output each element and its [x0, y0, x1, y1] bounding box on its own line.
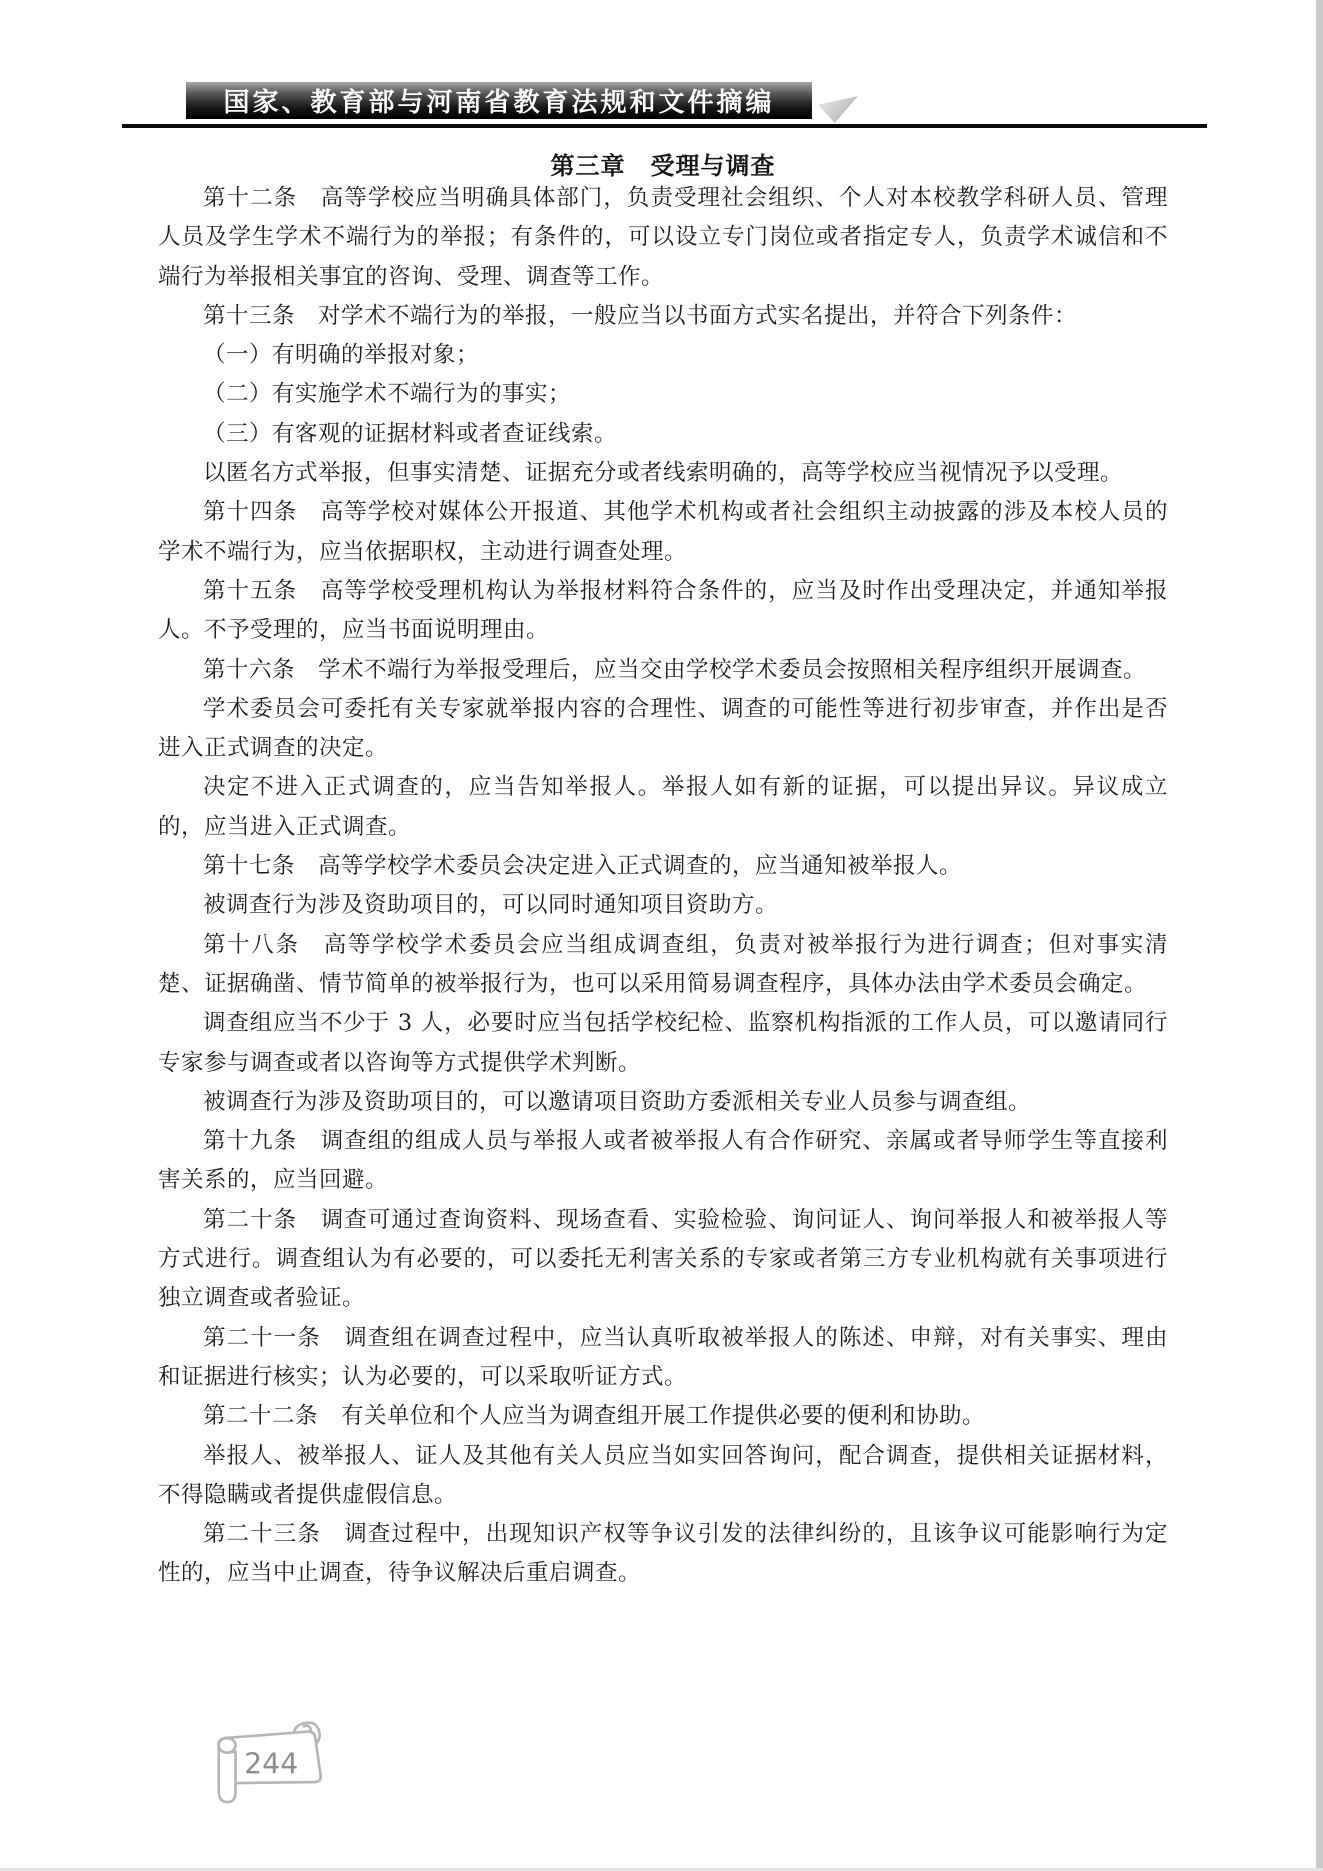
- document-page: 国家、教育部与河南省教育法规和文件摘编 第三章 受理与调查 第十二条 高等学校应…: [0, 0, 1323, 1871]
- body-text: 第十二条 高等学校应当明确具体部门，负责受理社会组织、个人对本校教学科研人员、管…: [158, 179, 1168, 1594]
- body-paragraph: 第二十条 调查可通过查询资料、现场查看、实验检验、询问证人、询问举报人和被举报人…: [158, 1201, 1168, 1319]
- body-paragraph: 被调查行为涉及资助项目的，可以邀请项目资助方委派相关专业人员参与调查组。: [158, 1083, 1168, 1122]
- body-paragraph: （三）有客观的证据材料或者查证线索。: [158, 415, 1168, 454]
- body-paragraph: 第十四条 高等学校对媒体公开报道、其他学术机构或者社会组织主动披露的涉及本校人员…: [158, 493, 1168, 572]
- body-paragraph: 第十二条 高等学校应当明确具体部门，负责受理社会组织、个人对本校教学科研人员、管…: [158, 179, 1168, 297]
- body-paragraph: 调查组应当不少于 3 人，必要时应当包括学校纪检、监察机构指派的工作人员，可以邀…: [158, 1004, 1168, 1083]
- body-paragraph: 举报人、被举报人、证人及其他有关人员应当如实回答询问，配合调查，提供相关证据材料…: [158, 1437, 1168, 1516]
- body-paragraph: 决定不进入正式调查的，应当告知举报人。举报人如有新的证据，可以提出异议。异议成立…: [158, 768, 1168, 847]
- body-paragraph: 第十五条 高等学校受理机构认为举报材料符合条件的，应当及时作出受理决定，并通知举…: [158, 572, 1168, 651]
- header-title: 国家、教育部与河南省教育法规和文件摘编: [223, 82, 774, 119]
- body-paragraph: 学术委员会可委托有关专家就举报内容的合理性、调查的可能性等进行初步审查，并作出是…: [158, 690, 1168, 769]
- page-edge-right: [1316, 0, 1323, 1871]
- chapter-title: 第三章 受理与调查: [158, 146, 1168, 181]
- body-paragraph: 第十七条 高等学校学术委员会决定进入正式调查的，应当通知被举报人。: [158, 847, 1168, 886]
- page-number-banner: 244: [204, 1710, 330, 1808]
- scroll-icon: 244: [204, 1710, 330, 1808]
- header-banner: 国家、教育部与河南省教育法规和文件摘编: [186, 82, 812, 119]
- body-paragraph: 第二十二条 有关单位和个人应当为调查组开展工作提供必要的便利和协助。: [158, 1397, 1168, 1436]
- body-paragraph: （二）有实施学术不端行为的事实；: [158, 375, 1168, 414]
- body-paragraph: 以匿名方式举报，但事实清楚、证据充分或者线索明确的，高等学校应当视情况予以受理。: [158, 454, 1168, 493]
- body-paragraph: 第十九条 调查组的组成人员与举报人或者被举报人有合作研究、亲属或者导师学生等直接…: [158, 1122, 1168, 1201]
- page-number: 244: [244, 1748, 298, 1781]
- body-paragraph: 被调查行为涉及资助项目的，可以同时通知项目资助方。: [158, 886, 1168, 925]
- body-paragraph: 第二十三条 调查过程中，出现知识产权等争议引发的法律纠纷的，且该争议可能影响行为…: [158, 1515, 1168, 1594]
- header-divider: [122, 124, 1207, 128]
- body-paragraph: 第十八条 高等学校学术委员会应当组成调查组，负责对被举报行为进行调查；但对事实清…: [158, 926, 1168, 1005]
- body-paragraph: 第十三条 对学术不端行为的举报，一般应当以书面方式实名提出，并符合下列条件：: [158, 297, 1168, 336]
- body-paragraph: 第二十一条 调查组在调查过程中，应当认真听取被举报人的陈述、申辩，对有关事实、理…: [158, 1319, 1168, 1398]
- body-paragraph: 第十六条 学术不端行为举报受理后，应当交由学校学术委员会按照相关程序组织开展调查…: [158, 651, 1168, 690]
- body-paragraph: （一）有明确的举报对象；: [158, 336, 1168, 375]
- arrow-right-icon: [818, 96, 858, 123]
